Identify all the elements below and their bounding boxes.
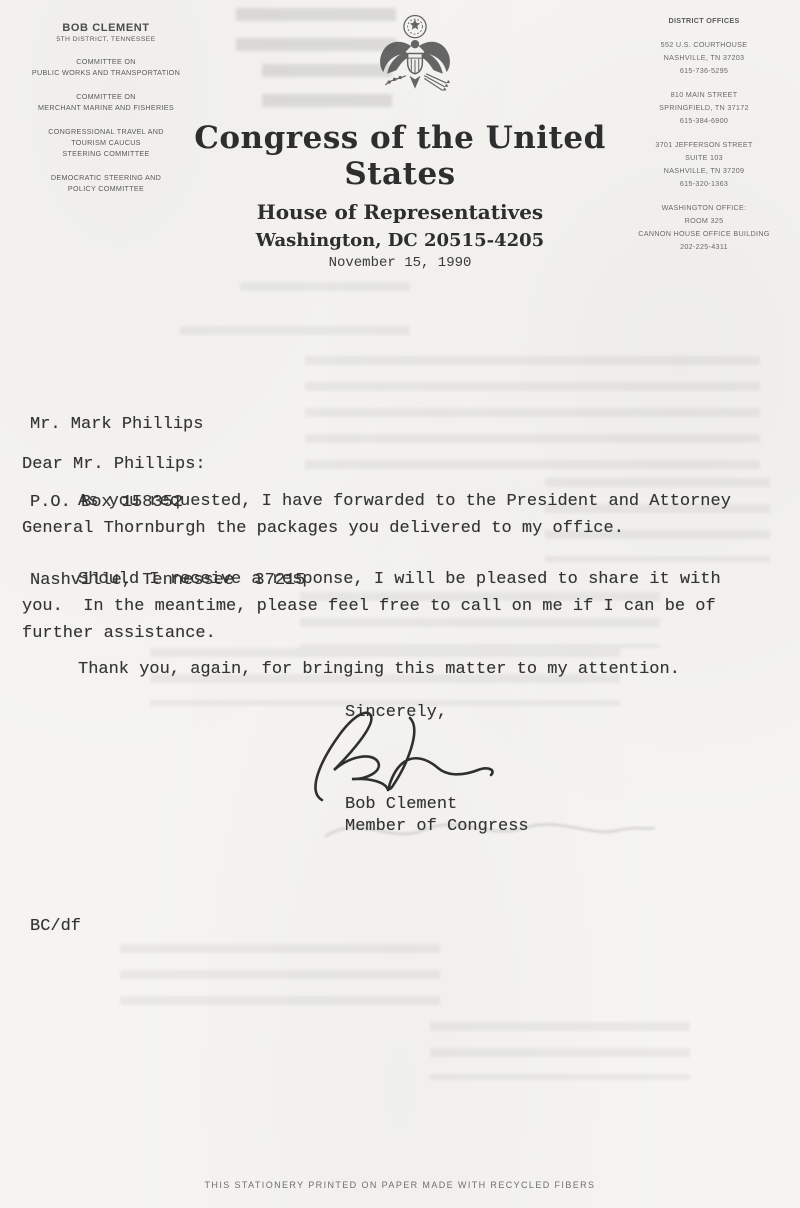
signature-handwriting	[288, 704, 528, 804]
district-office: 552 U.S. COURTHOUSE NASHVILLE, TN 37203 …	[614, 38, 794, 77]
office-line: 552 U.S. COURTHOUSE	[614, 38, 794, 51]
masthead: Congress of the United States House of R…	[140, 120, 660, 271]
bleedthrough-ghost	[240, 282, 410, 297]
bleedthrough-ghost	[236, 8, 396, 64]
office-line: NASHVILLE, TN 37203	[614, 51, 794, 64]
signature-title: Member of Congress	[345, 814, 529, 840]
office-line: 810 MAIN STREET	[614, 88, 794, 101]
recipient-line: Mr. Mark Phillips	[30, 412, 305, 438]
masthead-subtitle: House of Representatives	[140, 200, 660, 224]
body-paragraph: Thank you, again, for bringing this matt…	[22, 656, 764, 683]
district-offices-heading: DISTRICT OFFICES	[614, 14, 794, 27]
bleedthrough-ghost	[180, 326, 410, 342]
office-line: 615-736-5295	[614, 64, 794, 77]
committee-line: PUBLIC WORKS AND TRANSPORTATION	[8, 67, 204, 78]
bleedthrough-ghost	[305, 356, 760, 474]
body-paragraph: Should I receive a response, I will be p…	[22, 566, 764, 647]
committee-line: MERCHANT MARINE AND FISHERIES	[8, 102, 204, 113]
letter-date: November 15, 1990	[140, 255, 660, 271]
committee-line: COMMITTEE ON	[8, 91, 204, 102]
bleedthrough-ghost	[262, 64, 392, 108]
body-paragraph: As you requested, I have forwarded to th…	[22, 488, 764, 542]
congress-eagle-seal-icon	[378, 12, 452, 106]
member-name: BOB CLEMENT	[8, 22, 204, 34]
masthead-title: Congress of the United States	[140, 120, 660, 192]
bleedthrough-ghost	[120, 944, 440, 1022]
bleedthrough-ghost	[430, 1022, 690, 1080]
committee-block: COMMITTEE ON MERCHANT MARINE AND FISHERI…	[8, 91, 204, 113]
letter-page: BOB CLEMENT 5TH DISTRICT, TENNESSEE COMM…	[0, 0, 800, 1208]
office-line: SPRINGFIELD, TN 37172	[614, 101, 794, 114]
masthead-city-line: Washington, DC 20515-4205	[140, 230, 660, 251]
member-district: 5TH DISTRICT, TENNESSEE	[8, 36, 204, 43]
recycled-paper-notice: THIS STATIONERY PRINTED ON PAPER MADE WI…	[0, 1180, 800, 1190]
salutation: Dear Mr. Phillips:	[22, 452, 206, 478]
committee-line: COMMITTEE ON	[8, 56, 204, 67]
reference-initials: BC/df	[30, 914, 81, 940]
committee-block: COMMITTEE ON PUBLIC WORKS AND TRANSPORTA…	[8, 56, 204, 78]
